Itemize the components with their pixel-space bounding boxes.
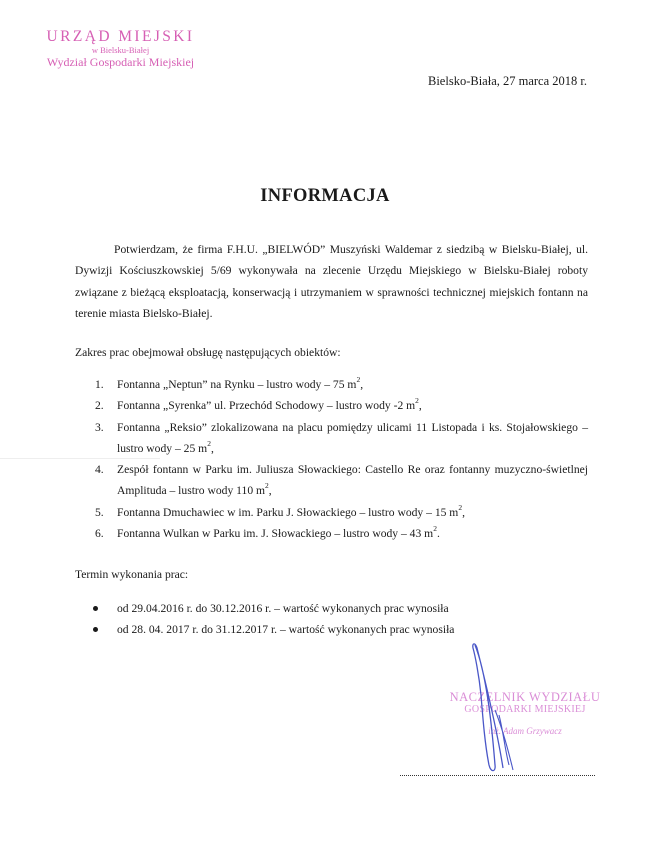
item-text: Fontanna „Syrenka” ul. Przechód Schodowy… [117, 399, 415, 412]
term-label: Termin wykonania prac: [75, 568, 188, 581]
item-punct: , [419, 399, 422, 412]
item-number: 4. [95, 459, 104, 480]
item-punct: , [360, 378, 363, 391]
stamp-office-name: URZĄD MIEJSKI [38, 28, 203, 45]
office-stamp: URZĄD MIEJSKI w Bielsku-Białej Wydział G… [38, 28, 203, 69]
document-date: Bielsko-Biała, 27 marca 2018 r. [428, 74, 587, 89]
term-text: od 29.04.2016 r. do 30.12.2016 r. – wart… [117, 602, 449, 615]
item-punct: , [211, 442, 214, 455]
terms-list: od 29.04.2016 r. do 30.12.2016 r. – wart… [75, 598, 454, 641]
list-item: od 28. 04. 2017 r. do 31.12.2017 r. – wa… [75, 619, 454, 640]
list-item: 2.Fontanna „Syrenka” ul. Przechód Schodo… [75, 395, 588, 416]
list-item: od 29.04.2016 r. do 30.12.2016 r. – wart… [75, 598, 454, 619]
item-text: Zespół fontann w Parku im. Juliusza Słow… [117, 463, 588, 497]
objects-list: 1.Fontanna „Neptun” na Rynku – lustro wo… [75, 374, 588, 544]
item-text: Fontanna Wulkan w Parku im. J. Słowackie… [117, 527, 433, 540]
item-text: Fontanna Dmuchawiec w im. Parku J. Słowa… [117, 506, 458, 519]
stamp-department: Wydział Gospodarki Miejskiej [38, 55, 203, 69]
scan-artifact [0, 458, 160, 459]
handwritten-signature-icon [455, 640, 525, 780]
bullet-icon [93, 606, 98, 611]
item-text: Fontanna „Neptun” na Rynku – lustro wody… [117, 378, 356, 391]
item-number: 3. [95, 417, 104, 438]
list-item: 3.Fontanna „Reksio” zlokalizowana na pla… [75, 417, 588, 460]
item-number: 2. [95, 395, 104, 416]
signature-line [400, 775, 595, 776]
item-number: 1. [95, 374, 104, 395]
list-item: 6.Fontanna Wulkan w Parku im. J. Słowack… [75, 523, 588, 544]
scope-intro: Zakres prac obejmował obsługę następując… [75, 346, 341, 359]
list-item: 5.Fontanna Dmuchawiec w im. Parku J. Sło… [75, 502, 588, 523]
document-title: INFORMACJA [0, 186, 650, 207]
item-number: 5. [95, 502, 104, 523]
item-punct: . [437, 527, 440, 540]
item-number: 6. [95, 523, 104, 544]
confirmation-paragraph: Potwierdzam, że firma F.H.U. „BIELWÓD” M… [75, 239, 588, 324]
term-text: od 28. 04. 2017 r. do 31.12.2017 r. – wa… [117, 623, 454, 636]
item-punct: , [462, 506, 465, 519]
stamp-city: w Bielsku-Białej [38, 45, 203, 55]
item-text: Fontanna „Reksio” zlokalizowana na placu… [117, 421, 588, 455]
list-item: 1.Fontanna „Neptun” na Rynku – lustro wo… [75, 374, 588, 395]
item-punct: , [269, 484, 272, 497]
bullet-icon [93, 627, 98, 632]
list-item: 4.Zespół fontann w Parku im. Juliusza Sł… [75, 459, 588, 502]
